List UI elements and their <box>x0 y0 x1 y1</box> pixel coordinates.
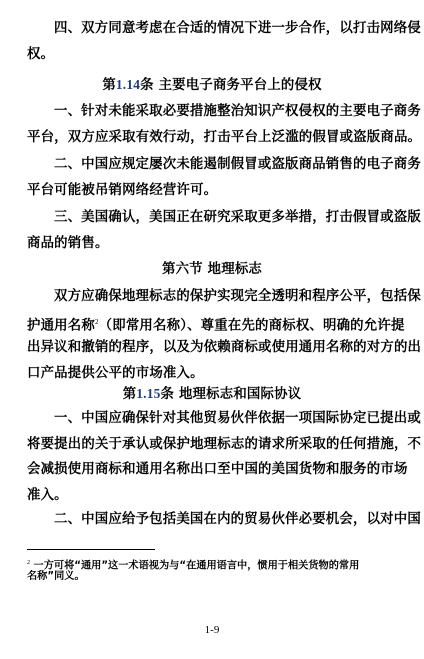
heading-prefix: 第 <box>102 78 116 93</box>
paragraph-line: 一、针对未能采取必要措施整治知识产权侵权的主要电子商务 <box>54 104 421 120</box>
article-heading-1-14: 第1.14条 主要电子商务平台上的侵权 <box>0 77 424 94</box>
paragraph-line: 平台可能被吊销网络经营许可。 <box>27 183 217 199</box>
paragraph-line: 口产品提供公平的市场准入。 <box>27 366 204 382</box>
paragraph-line: 三、美国确认，美国正在研究采取更多举措，打击假冒或盗版 <box>54 210 421 226</box>
article-heading-1-15: 第1.15条 地理标志和国际协议 <box>0 386 424 403</box>
paragraph-line: 护通用名称2（即常用名称）、尊重在先的商标权、明确的允许提 <box>27 314 405 334</box>
paragraph-line: 准入。 <box>27 488 68 504</box>
paragraph-line: 出异议和撤销的程序，以及为依赖商标或使用通用名称的对方的出 <box>27 340 421 356</box>
article-number: 1.15 <box>136 386 160 401</box>
heading-title: 条 主要电子商务平台上的侵权 <box>140 78 322 93</box>
paragraph-line: 平台，双方应采取有效行动，打击平台上泛滥的假冒或盗版商品。 <box>27 130 421 146</box>
article-number: 1.14 <box>116 77 140 92</box>
paragraph-line: 将要提出的关于承认或保护地理标志的请求所采取的任何措施，不 <box>27 437 421 453</box>
heading-title: 条 地理标志和国际协议 <box>161 387 302 402</box>
paragraph-line: 商品的销售。 <box>27 236 109 252</box>
paragraph-line: 二、中国应给予包括美国在内的贸易伙伴必要机会，以对中国 <box>54 512 421 528</box>
line-text: 护通用名称 <box>27 318 95 333</box>
paragraph-line: 双方应确保地理标志的保护实现完全透明和程序公平，包括保 <box>54 289 421 305</box>
paragraph-line: 四、双方同意考虑在合适的情况下进一步合作，以打击网络侵 <box>54 21 421 37</box>
footnote-text: 一方可将“通用”这一术语视为与“在通用语言中，惯用于相关货物的常用 <box>30 560 359 571</box>
section-heading: 第六节 地理标志 <box>0 262 424 278</box>
heading-prefix: 第 <box>123 387 137 402</box>
document-page: 四、双方同意考虑在合适的情况下进一步合作，以打击网络侵 权。 第1.14条 主要… <box>0 0 424 659</box>
footnote-separator <box>27 549 155 550</box>
paragraph-line: 二、中国应规定屡次未能遏制假冒或盗版商品销售的电子商务 <box>54 157 421 173</box>
footnote-line: 名称”同义。 <box>27 571 85 583</box>
paragraph-line: 权。 <box>27 47 54 63</box>
line-text: （即常用名称）、尊重在先的商标权、明确的允许提 <box>99 318 405 333</box>
paragraph-line: 会减损使用商标和通用名称出口至中国的美国货物和服务的市场 <box>27 462 408 478</box>
page-number: 1-9 <box>0 624 424 636</box>
paragraph-line: 一、中国应确保针对其他贸易伙伴依据一项国际协定已提出或 <box>54 411 421 427</box>
